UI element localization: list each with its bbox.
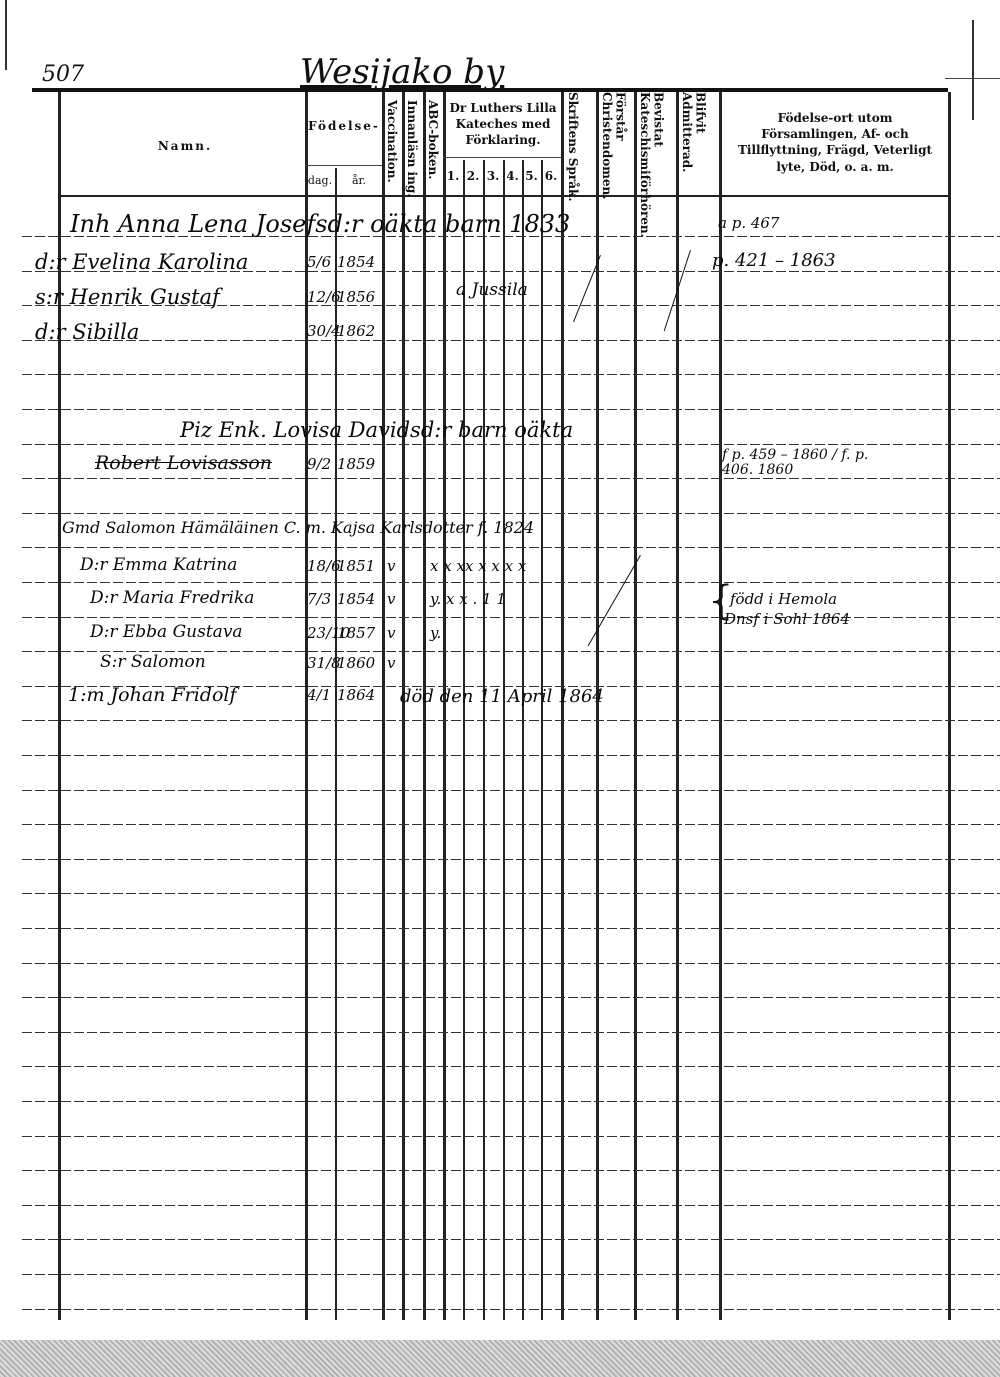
ruled-row-line	[22, 1136, 1000, 1137]
ruled-row-line	[22, 824, 1000, 825]
entry-day: 7/3	[307, 590, 331, 608]
ruled-row-line	[22, 1066, 1000, 1067]
ruled-row-line	[22, 1032, 1000, 1033]
ruled-row-line	[22, 1205, 1000, 1206]
scan-edge	[0, 1340, 1000, 1377]
entry-note: a Jussila	[456, 280, 528, 300]
header-skriftens-sprak: Skriftens Språk.	[566, 92, 579, 202]
ruled-row-line	[22, 859, 1000, 860]
entry-note: död den 11 April 1864	[400, 686, 604, 707]
ruled-row-line	[22, 1239, 1000, 1240]
header-innanlasning: Innanläsn ing.	[405, 100, 418, 197]
entry-year: 1856	[337, 288, 375, 306]
ruled-row-line	[22, 478, 1000, 479]
entry-day: 5/6	[307, 253, 331, 271]
column-line	[522, 160, 524, 1320]
column-line	[463, 160, 465, 1320]
ruled-row-line	[22, 409, 1000, 410]
header-abc-boken: ABC-boken.	[426, 100, 439, 179]
entry-vaccination: v	[387, 557, 395, 575]
ruled-row-line	[22, 1170, 1000, 1171]
header-fodelse: Födelse-	[308, 118, 380, 134]
entry-name: D:r Maria Fredrika	[90, 588, 254, 608]
entry-name: Gmd Salomon Hämäläinen C. m. Kajsa Karls…	[62, 518, 534, 537]
entry-remark: Dnsf i Sohl 1864	[724, 610, 850, 628]
header-rule	[443, 157, 561, 158]
header-bottom-rule	[58, 195, 948, 197]
entry-marks: x x xx x x x x	[430, 557, 526, 575]
ruled-row-line	[22, 513, 1000, 514]
column-line	[541, 160, 543, 1320]
entry-year: 1862	[337, 322, 375, 340]
entry-marks: y.	[430, 624, 441, 642]
entry-name: S:r Salomon	[100, 652, 206, 672]
top-rule	[32, 88, 948, 92]
entry-remark: född i Hemola	[730, 590, 837, 608]
entry-name: Inh Anna Lena Josefsd:r oäkta barn 1833	[70, 210, 570, 238]
ruled-row-line	[22, 340, 1000, 341]
ruled-row-line	[22, 755, 1000, 756]
ruled-row-line	[22, 374, 1000, 375]
village-title: Wesijako by	[300, 52, 504, 92]
brace: {	[708, 578, 733, 624]
ruled-row-line	[22, 617, 1000, 618]
ruled-row-line	[22, 1309, 1000, 1310]
entry-name: D:r Emma Katrina	[80, 555, 237, 575]
entry-day: 30/4	[307, 322, 341, 340]
entry-day: 9/2	[307, 455, 331, 473]
ruled-row-line	[22, 790, 1000, 791]
entry-remark: a p. 467	[718, 214, 779, 232]
ruled-row-line	[22, 1274, 1000, 1275]
entry-name: Piz Enk. Lovisa Davidsd:r barn oäkta	[180, 418, 573, 442]
entry-vaccination: v	[387, 654, 395, 672]
entry-vaccination: v	[387, 624, 395, 642]
header-forstar: Förstår Christendomen.	[600, 92, 626, 192]
ruled-row-line	[22, 997, 1000, 998]
header-ar: år.	[338, 174, 380, 189]
ruled-row-line	[22, 444, 1000, 445]
entry-name: s:r Henrik Gustaf	[35, 285, 220, 309]
entry-year: 1851	[337, 557, 375, 575]
ruled-row-line	[22, 582, 1000, 583]
column-line	[483, 160, 485, 1320]
header-namn: Namn.	[140, 138, 230, 154]
header-bevistat: Bevistat Kateschismiförhören.	[638, 92, 664, 192]
entry-name: 1:m Johan Fridolf	[68, 684, 237, 706]
margin-rule	[945, 78, 1000, 79]
entry-year: 1864	[337, 686, 375, 704]
entry-remark: f p. 459 – 1860 / f. p. 406. 1860	[722, 448, 882, 477]
entry-name: D:r Ebba Gustava	[90, 622, 243, 642]
entry-name: d:r Sibilla	[35, 320, 139, 344]
entry-year: 1860	[337, 654, 375, 672]
entry-vaccination: v	[387, 590, 395, 608]
entry-day: 4/1	[307, 686, 331, 704]
header-luther: Dr Luthers Lilla Kateches med Förklaring…	[446, 100, 560, 149]
entry-name: d:r Evelina Karolina	[35, 250, 248, 274]
entry-year: 1857	[337, 624, 375, 642]
header-dag: dag.	[306, 174, 334, 189]
ruled-row-line	[22, 720, 1000, 721]
ruled-row-line	[22, 893, 1000, 894]
margin-line	[972, 20, 974, 120]
ruled-row-line	[22, 928, 1000, 929]
header-fodelse-ort: Födelse-ort utom Församlingen, Af- och T…	[728, 110, 942, 175]
entry-name: Robert Lovisasson	[95, 452, 272, 474]
entry-day: 12/6	[307, 288, 341, 306]
header-blifvit: Blifvit Admitterad.	[680, 92, 706, 172]
header-luther-numbers: 1. 2. 3. 4. 5. 6.	[443, 168, 561, 184]
entry-year: 1854	[337, 590, 375, 608]
header-rule	[305, 165, 382, 166]
margin-line	[5, 0, 7, 70]
entry-day: 18/6	[307, 557, 341, 575]
entry-year: 1854	[337, 253, 375, 271]
entry-day: 31/8	[307, 654, 341, 672]
entry-year: 1859	[337, 455, 375, 473]
ruled-row-line	[22, 547, 1000, 548]
ruled-row-line	[22, 963, 1000, 964]
entry-marks: y. x x . 1 1	[430, 590, 506, 608]
column-line	[503, 160, 505, 1320]
header-vaccination: Vaccination.	[385, 100, 398, 183]
page-number: 507	[42, 62, 84, 87]
parish-register-page: 507 Wesijako by Namn. Födelse- dag. år. …	[0, 0, 1000, 1377]
entry-remark: p. 421 – 1863	[712, 250, 836, 271]
ruled-row-line	[22, 1101, 1000, 1102]
